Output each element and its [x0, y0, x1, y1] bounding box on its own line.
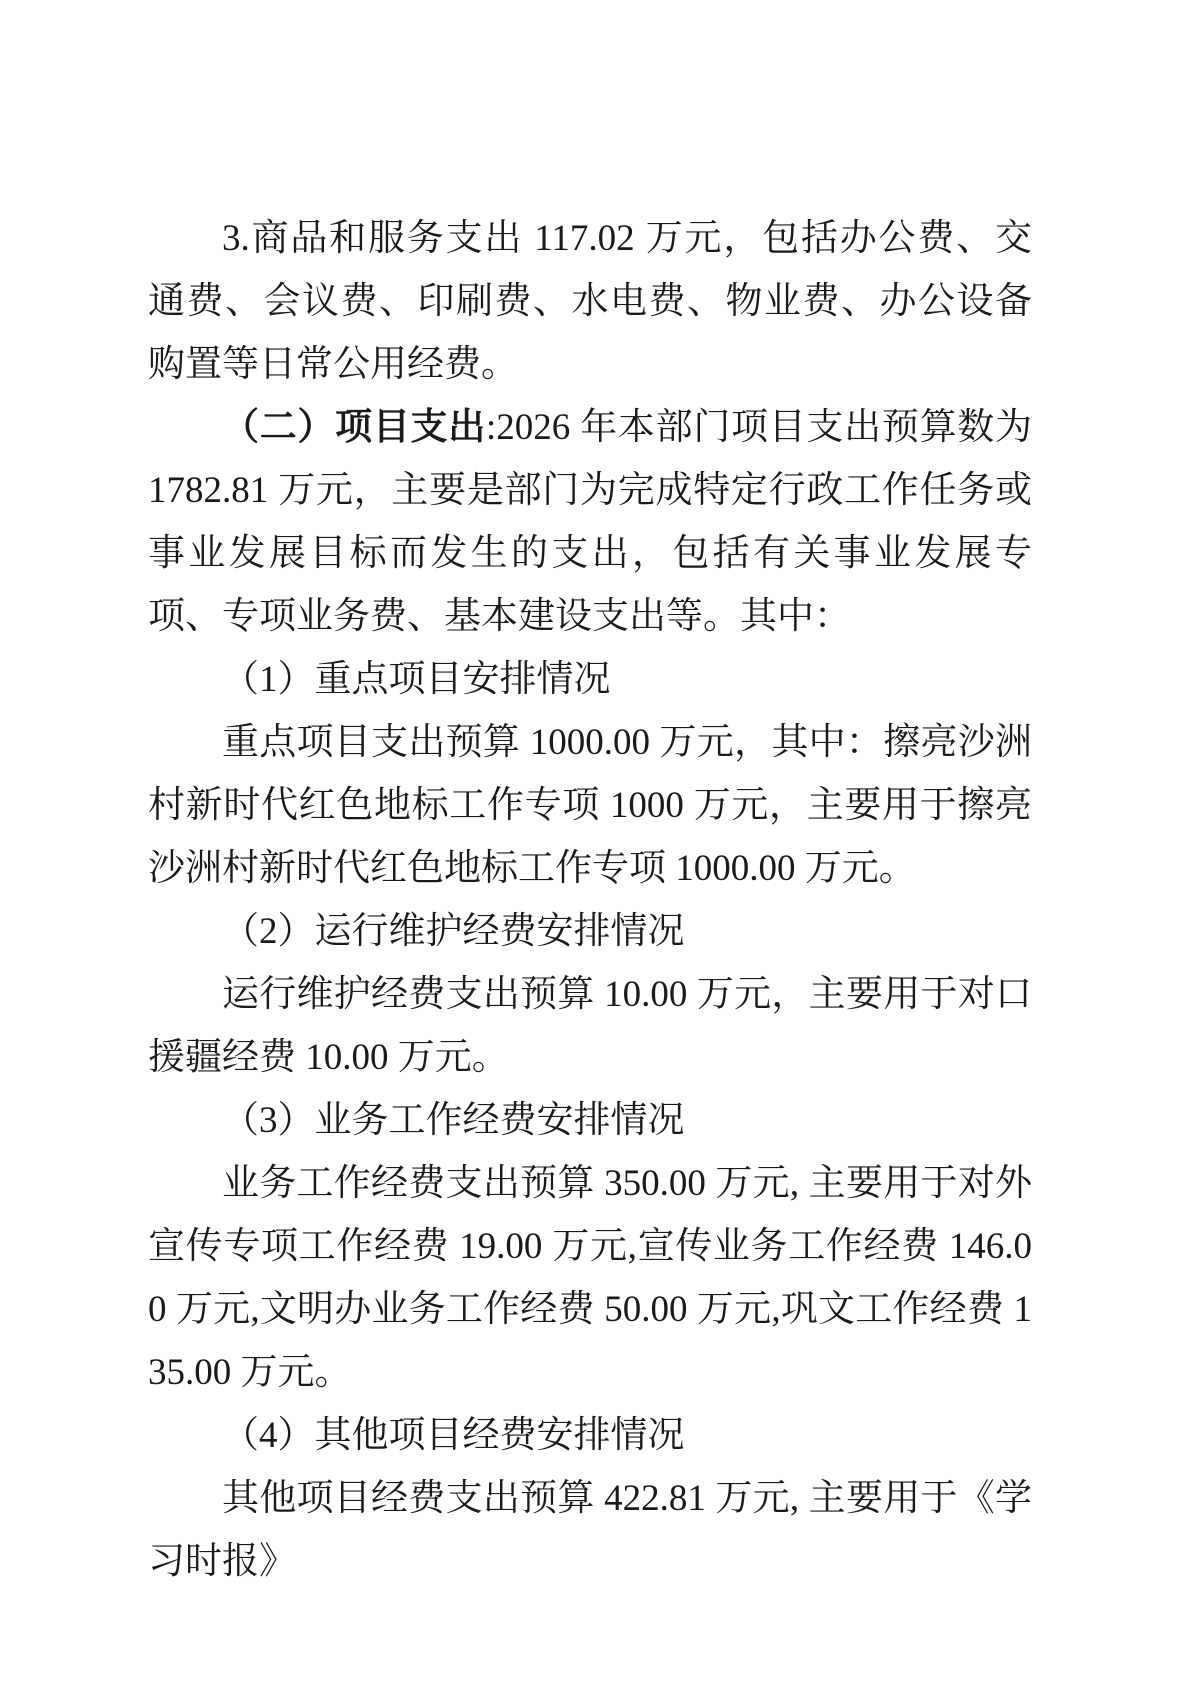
subheading-operation-maintenance: （2）运行维护经费安排情况 [148, 900, 1032, 963]
subheading-other-project-funds: （4）其他项目经费安排情况 [148, 1404, 1032, 1467]
subheading-key-projects: （1）重点项目安排情况 [148, 648, 1032, 711]
paragraph-project-expenditure: （二）项目支出:2026 年本部门项目支出预算数为 1782.81 万元，主要是… [148, 396, 1032, 648]
project-expenditure-heading: （二）项目支出 [222, 407, 486, 448]
paragraph-goods-and-services-expenditure: 3.商品和服务支出 117.02 万元，包括办公费、交通费、会议费、印刷费、水电… [148, 207, 1032, 396]
document-body: 3.商品和服务支出 117.02 万元，包括办公费、交通费、会议费、印刷费、水电… [148, 207, 1032, 1593]
document-page: 3.商品和服务支出 117.02 万元，包括办公费、交通费、会议费、印刷费、水电… [0, 0, 1190, 1683]
paragraph-key-projects-budget: 重点项目支出预算 1000.00 万元，其中：擦亮沙洲村新时代红色地标工作专项 … [148, 711, 1032, 900]
paragraph-operation-maintenance-budget: 运行维护经费支出预算 10.00 万元，主要用于对口援疆经费 10.00 万元。 [148, 963, 1032, 1089]
paragraph-other-project-budget: 其他项目经费支出预算 422.81 万元, 主要用于《学习时报》 [148, 1467, 1032, 1593]
paragraph-business-work-budget: 业务工作经费支出预算 350.00 万元, 主要用于对外宣传专项工作经费 19.… [148, 1152, 1032, 1404]
subheading-business-work-funds: （3）业务工作经费安排情况 [148, 1089, 1032, 1152]
